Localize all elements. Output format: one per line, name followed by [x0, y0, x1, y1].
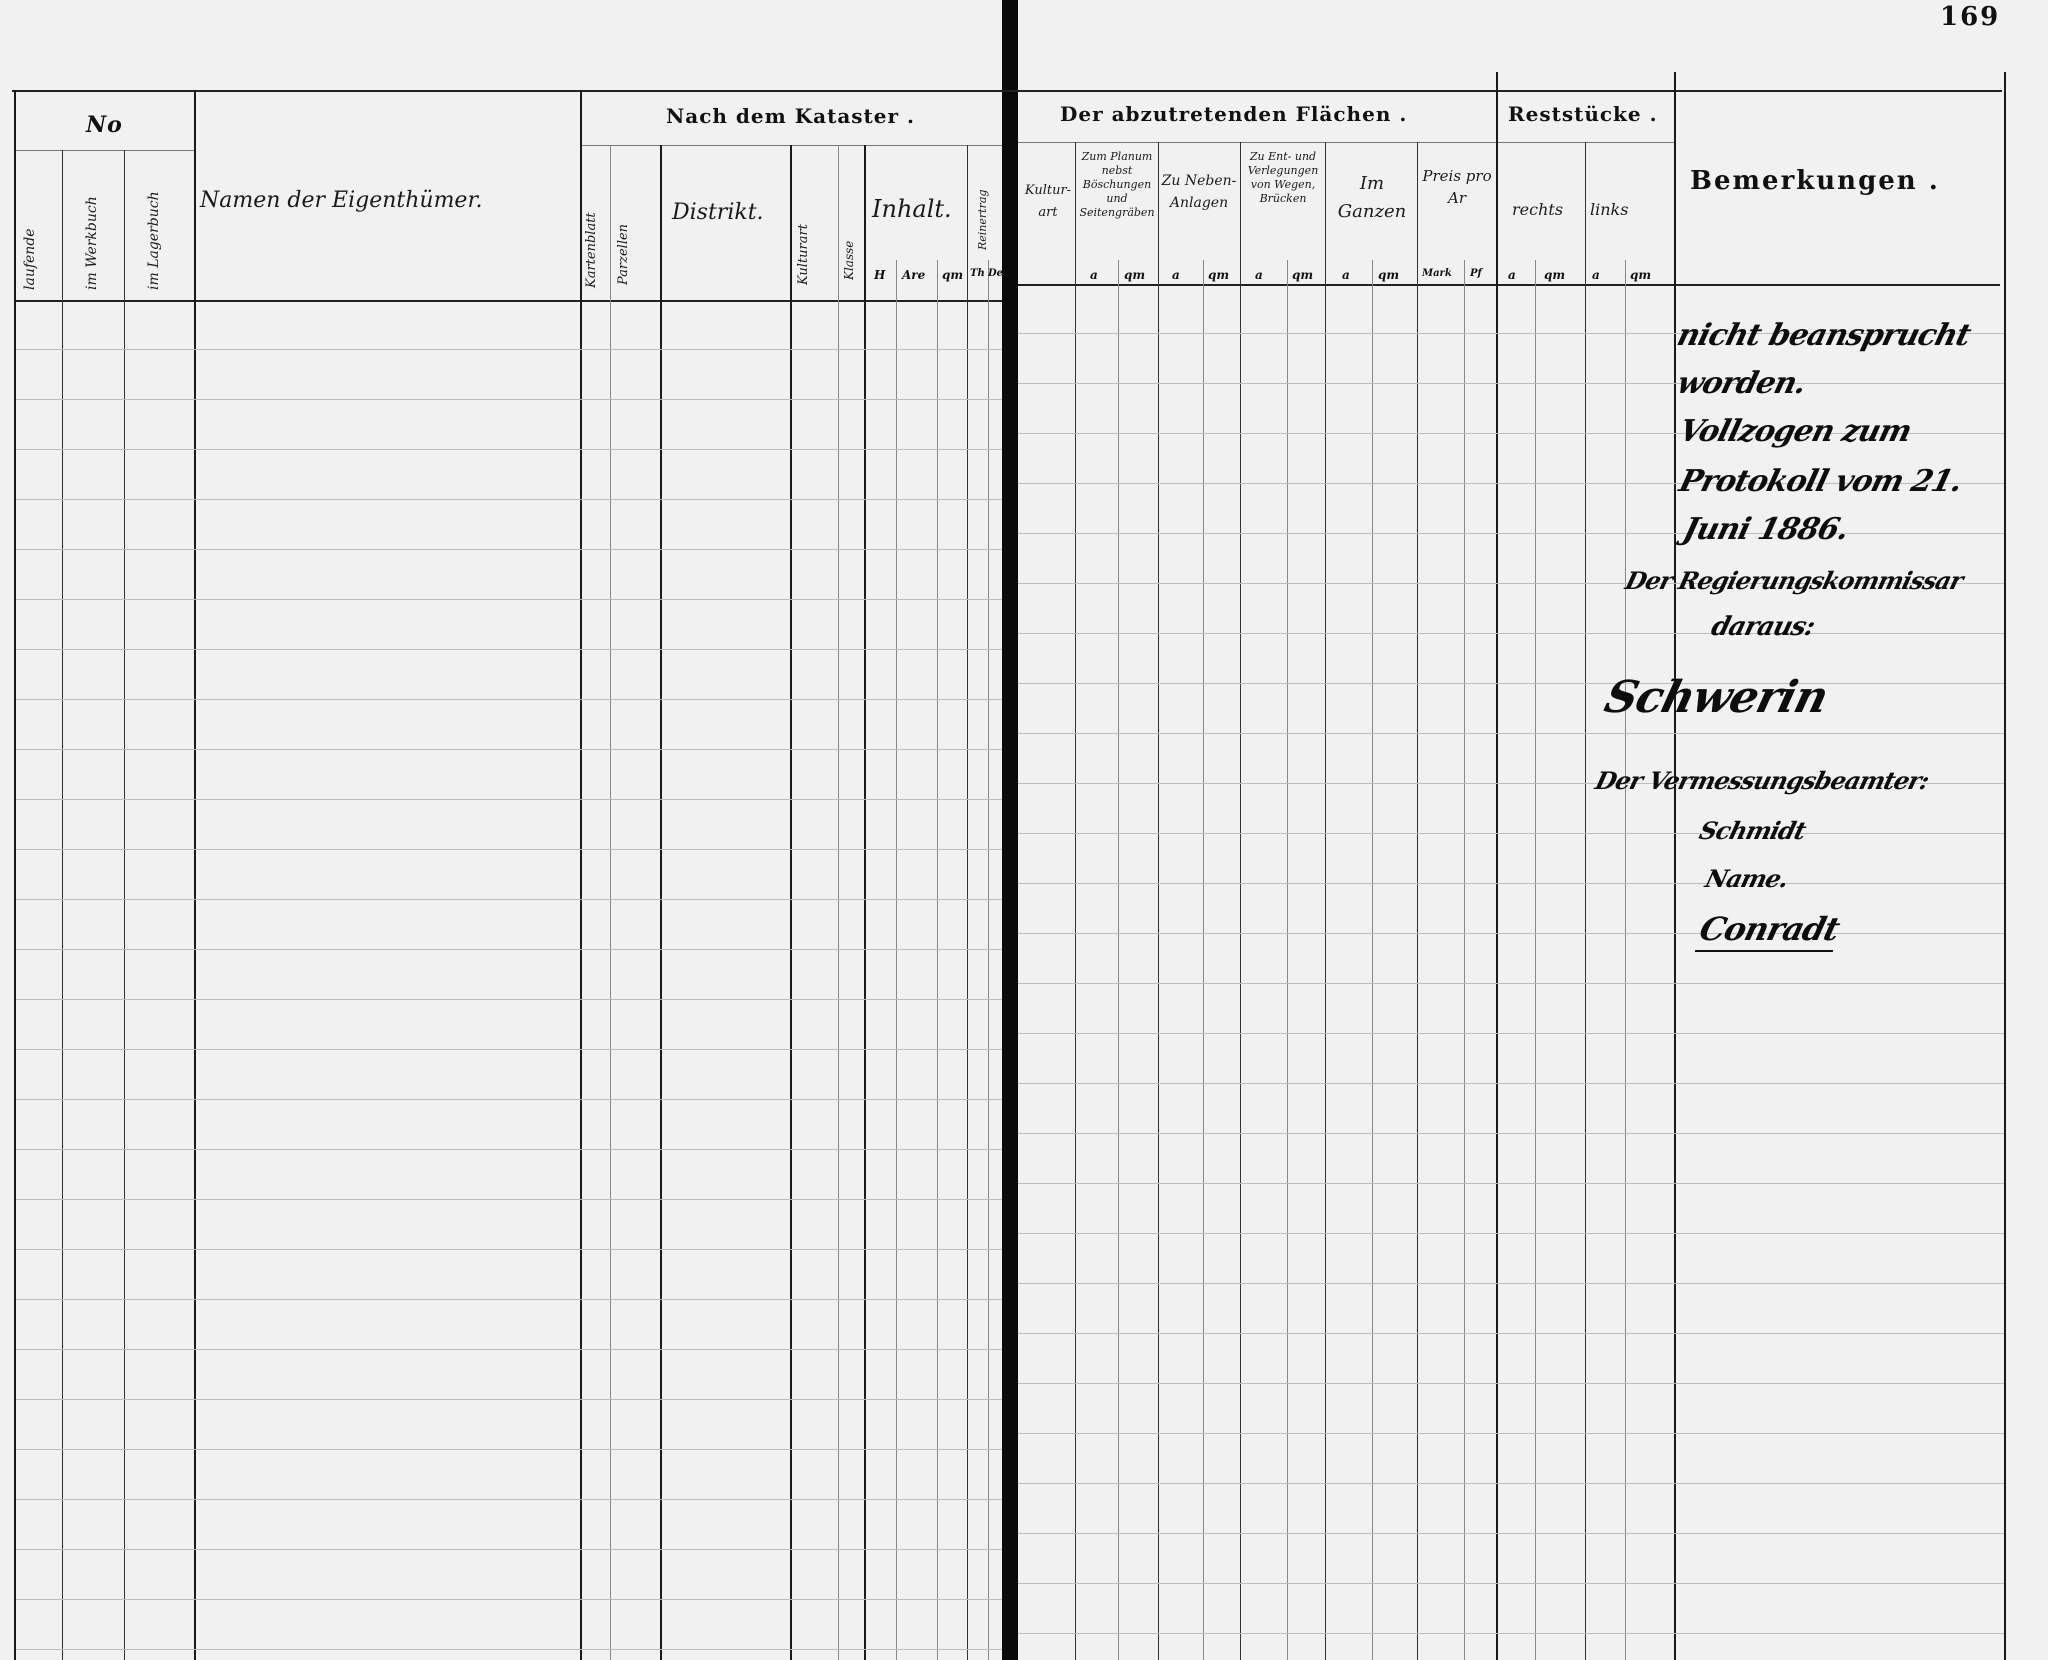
unit-a: a	[1508, 268, 1516, 282]
col-header-klasse: Klasse	[842, 241, 856, 280]
handwritten-note-line: nicht beansprucht	[1674, 318, 1974, 353]
unit-a: a	[1255, 268, 1263, 282]
group-subheader-line-left	[14, 150, 194, 151]
frame-top-border	[12, 90, 2002, 92]
col-header-reinertrag: Reinertrag	[976, 190, 989, 250]
handwritten-note-line: Protokoll vom 21.	[1676, 464, 1966, 499]
unit-a: a	[1090, 268, 1098, 282]
frame-right-border	[2004, 72, 2006, 1660]
unit-qm: qm	[1378, 268, 1399, 282]
handwritten-note-line: daraus:	[1708, 612, 1817, 642]
unit-a: a	[1172, 268, 1180, 282]
handwritten-note-line: Juni 1886.	[1680, 512, 1852, 547]
unit-th: Th	[970, 268, 985, 279]
col-header-kulturart: Kulturart	[796, 224, 811, 285]
handwritten-note-line: Der Vermessungsbeamter:	[1592, 766, 1931, 795]
unit-h: H	[874, 268, 885, 282]
col-header-planum: Zum Planum nebst Böschungen und Seitengr…	[1077, 150, 1157, 220]
col-header-kulturart-right: Kultur-art	[1022, 180, 1074, 224]
col-header-im-ganzen: Im Ganzen	[1328, 170, 1416, 226]
unit-qm: qm	[1544, 268, 1565, 282]
handwritten-note-line: Name.	[1702, 864, 1791, 893]
kataster-group-title: Nach dem Kataster .	[666, 104, 915, 128]
col-header-werkbuch: im Werkbuch	[84, 196, 100, 290]
unit-de: De	[988, 268, 1003, 279]
col-header-preis-pro-ar: Preis pro Ar	[1420, 165, 1494, 209]
col-header-verlegungen: Zu Ent- und Verlegungen von Wegen, Brück…	[1242, 150, 1324, 206]
col-header-distrikt: Distrikt.	[672, 200, 764, 225]
unit-qm: qm	[1292, 268, 1313, 282]
unit-qm: qm	[1208, 268, 1229, 282]
unit-a: a	[1342, 268, 1350, 282]
col-header-laufende: laufende	[22, 228, 38, 290]
group-subheader-line-flaechen	[1018, 142, 1498, 143]
unit-qm: qm	[1630, 268, 1651, 282]
flaechen-group-title: Der abzutretenden Flächen .	[1060, 102, 1407, 126]
col-header-links: links	[1590, 200, 1628, 219]
col-header-parzellen: Parzellen	[616, 224, 631, 285]
col-header-kartenblatt: Kartenblatt	[584, 212, 599, 288]
col-header-bemerkungen: Bemerkungen .	[1690, 166, 1940, 196]
book-binding-gutter	[1002, 0, 1018, 1660]
col-header-owner-names: Namen der Eigenthümer.	[200, 188, 483, 213]
unit-a: a	[1592, 268, 1600, 282]
unit-mark: Mark	[1422, 268, 1452, 279]
handwritten-note-line: Vollzogen zum	[1676, 414, 1915, 449]
reststuecke-group-title: Reststücke .	[1508, 102, 1658, 126]
unit-are: Are	[902, 268, 925, 282]
col-header-nebenanlagen: Zu Neben-Anlagen	[1160, 170, 1238, 214]
col-header-lagerbuch: im Lagerbuch	[146, 191, 162, 290]
col-header-inhalt: Inhalt.	[872, 195, 952, 223]
unit-pf: Pf	[1470, 268, 1482, 279]
unit-qm: qm	[1124, 268, 1145, 282]
page-number: 169	[1940, 2, 2000, 32]
unit-qm: qm	[942, 268, 963, 282]
handwritten-note-line: Schmidt	[1696, 816, 1808, 845]
ruled-rows-left	[16, 300, 1002, 1660]
col-header-rechts: rechts	[1512, 200, 1563, 219]
no-group-title: No	[86, 112, 123, 138]
handwritten-signature-conradt: Conradt	[1695, 910, 1843, 952]
handwritten-signature-schwerin: Schwerin	[1600, 672, 1833, 723]
handwritten-note-line: worden.	[1674, 366, 1810, 401]
handwritten-note-line: Der Regierungskommissar	[1622, 566, 1965, 595]
